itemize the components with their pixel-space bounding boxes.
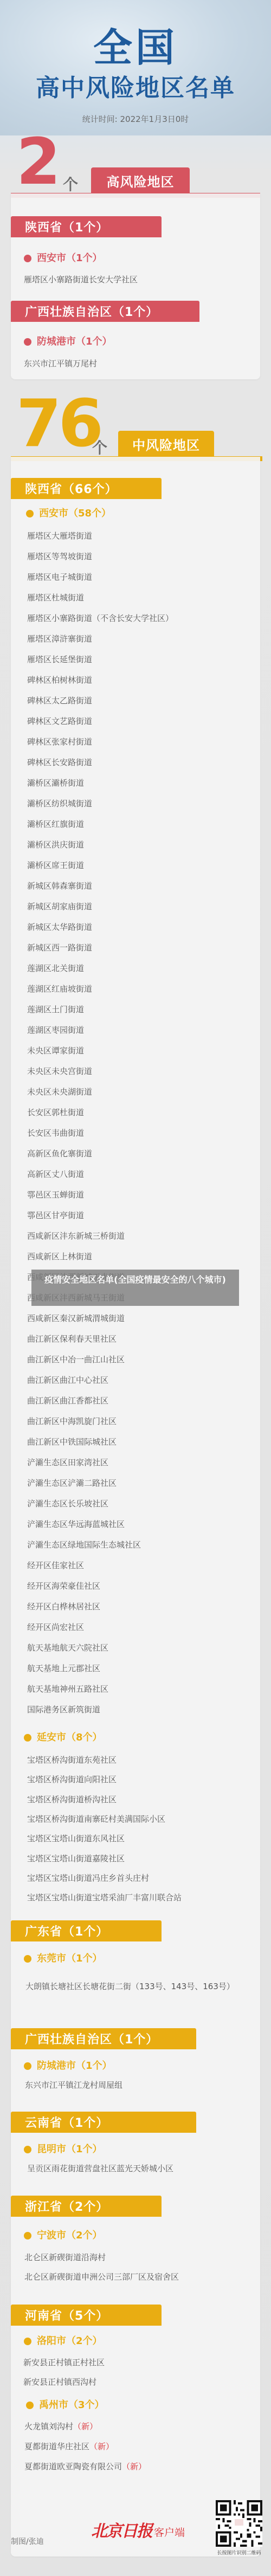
list-item: 浐灞生态区长乐坡社区 <box>27 1498 108 1510</box>
city-name: 西安市（1个） <box>37 252 102 265</box>
list-item: 航天基地上元郡社区 <box>27 1662 100 1674</box>
list-item: 雁塔区杜城街道 <box>27 592 84 604</box>
list-item: 碑林区文艺路街道 <box>27 715 92 727</box>
mid-risk-label: 中风险地区 <box>118 431 214 457</box>
qr-caption: 长按图片识别二维码 <box>211 2549 267 2556</box>
list-item: 长安区郭杜街道 <box>27 1106 84 1118</box>
city-name: 禹州市（3个） <box>39 2399 105 2412</box>
list-item: 灞桥区红旗街道 <box>27 818 84 830</box>
list-item: 新城区太华路街道 <box>27 921 92 933</box>
bullet-dot-icon <box>24 2062 31 2070</box>
city-header: 延安市（8个） <box>24 1731 102 1744</box>
list-item: 碑林区长安路街道 <box>27 756 92 768</box>
city-header: 西安市（58个） <box>26 507 111 520</box>
city-header: 东莞市（1个） <box>24 1952 102 1965</box>
list-item: 新城区胡家庙街道 <box>27 901 92 912</box>
list-item: 夏都街道欧亚陶瓷有限公司（新） <box>24 2461 146 2473</box>
bullet-dot-icon <box>24 1955 31 1963</box>
list-item: 新城区西一路街道 <box>27 942 92 954</box>
brand-logo: 北京日报 客户端 <box>91 2521 185 2542</box>
list-item: 宝塔区桥沟街道桥沟社区 <box>27 1794 117 1805</box>
city-name: 昆明市（1个） <box>37 2143 102 2156</box>
list-item: 莲湖区北关街道 <box>27 962 84 974</box>
list-item: 航天基地神州五路社区 <box>27 1683 108 1695</box>
list-item: 新城区韩森寨街道 <box>27 880 92 892</box>
list-item: 雁塔区长延堡街道 <box>27 653 92 665</box>
list-item: 浐灞生态区浐灞二路社区 <box>27 1477 117 1489</box>
list-item-text: 火龙镇刘沟村 <box>24 2422 73 2431</box>
new-tag: （新） <box>89 2442 114 2451</box>
new-tag: （新） <box>73 2422 98 2431</box>
banner: 全国 高中风险地区名单 统计时间: 2022年1月3日0时 <box>0 0 271 135</box>
mid-risk-unit: 个 <box>92 441 107 456</box>
list-item: 莲湖区红庙坡街道 <box>27 983 92 995</box>
list-item: 曲江新区中铁国际城社区 <box>27 1436 117 1448</box>
city-name: 东莞市（1个） <box>37 1952 102 1965</box>
bullet-dot-icon <box>24 2232 31 2240</box>
list-item: 北仑区新碶街道申洲公司三部厂区及宿舍区 <box>24 2271 179 2283</box>
province-header: 广西壮族自治区（1个） <box>11 2028 196 2049</box>
city-name: 西安市（58个） <box>39 507 111 520</box>
list-item: 曲江新区保利春天里社区 <box>27 1333 117 1345</box>
bullet-dot-icon <box>24 2146 31 2153</box>
list-item: 高新区丈八街道 <box>27 1168 84 1180</box>
list-item: 宝塔区宝塔山街道冯庄乡首头庄村 <box>27 1872 149 1884</box>
bullet-dot-icon <box>24 255 31 262</box>
list-item: 雁塔区电子城街道 <box>27 571 92 583</box>
list-item: 碑林区张家村街道 <box>27 736 92 748</box>
infographic-page: 全国 高中风险地区名单 统计时间: 2022年1月3日0时 2 个 高风险地区 … <box>0 0 271 2576</box>
list-item-text: 夏都街道华庄社区 <box>24 2442 89 2451</box>
list-item: 经开区尚宏社区 <box>27 1621 84 1633</box>
province-header: 河南省（5个） <box>11 2305 162 2326</box>
brand-sub: 客户端 <box>154 2525 185 2539</box>
list-item: 西咸新区沣东新城三桥街道 <box>27 1230 125 1242</box>
list-item: 西咸新区上林街道 <box>27 1251 92 1263</box>
list-item: 莲湖区土门街道 <box>27 1004 84 1015</box>
list-item: 曲江新区曲江中心社区 <box>27 1374 108 1386</box>
qr-code-icon[interactable] <box>216 2500 262 2547</box>
list-item: 夏都街道华庄社区（新） <box>24 2441 114 2452</box>
list-item: 莲湖区枣园街道 <box>27 1024 84 1036</box>
list-item: 未央区未央湖街道 <box>27 1086 92 1098</box>
list-item: 曲江新区中冶一曲江山社区 <box>27 1354 125 1365</box>
list-item: 宝塔区宝塔山街道嘉陵社区 <box>27 1853 125 1865</box>
province-header: 陕西省（66个） <box>11 478 162 499</box>
city-header: 宁波市（2个） <box>24 2229 102 2242</box>
list-item: 经开区海荣豪佳社区 <box>27 1580 100 1592</box>
list-item: 灞桥区席王街道 <box>27 859 84 871</box>
city-name: 洛阳市（2个） <box>37 2335 102 2348</box>
list-item: 宝塔区桥沟街道南寨砭村美满国际小区 <box>27 1813 165 1825</box>
list-item: 雁塔区漳浒寨街道 <box>27 633 92 645</box>
list-item: 灞桥区纺织城街道 <box>27 798 92 810</box>
list-item: 宝塔区桥沟街道向阳社区 <box>27 1774 117 1785</box>
bullet-dot-icon <box>26 510 34 517</box>
list-item: 浐灞生态区田家湾社区 <box>27 1457 108 1468</box>
list-item: 西咸新区秦汉新城渭城街道 <box>27 1312 125 1324</box>
list-item: 火龙镇刘沟村（新） <box>24 2420 98 2432</box>
list-item: 北仑区新碶街道沿海村 <box>24 2251 106 2263</box>
list-item: 东兴市江平镇万尾村 <box>24 358 97 370</box>
list-item: 雁塔区大雁塔街道 <box>27 530 92 542</box>
brand-name: 北京日报 <box>91 2521 152 2542</box>
city-header: 禹州市（3个） <box>26 2399 105 2412</box>
list-item: 雁塔区等驾坡街道 <box>27 551 92 562</box>
province-header: 陕西省（1个） <box>11 216 162 237</box>
list-item: 未央区未央宫街道 <box>27 1065 92 1077</box>
bullet-dot-icon <box>24 2338 31 2345</box>
list-item: 航天基地航天六院社区 <box>27 1642 108 1654</box>
list-item: 东兴市江平镇江龙村周屋组 <box>25 2079 122 2091</box>
new-tag: （新） <box>122 2462 146 2471</box>
list-item: 灞桥区洪庆街道 <box>27 839 84 851</box>
title-sub: 高中风险地区名单 <box>0 74 271 103</box>
list-item: 宝塔区桥沟街道东苑社区 <box>27 1754 117 1766</box>
city-name: 延安市（8个） <box>37 1731 102 1744</box>
high-risk-label: 高风险地区 <box>91 167 190 193</box>
list-item: 呈贡区雨花街道营盘社区蓝光天娇城小区 <box>27 2163 173 2174</box>
mid-risk-header: 76 个 中风险地区 <box>11 398 260 457</box>
list-item: 曲江新区曲江香都社区 <box>27 1395 108 1407</box>
city-name: 宁波市（2个） <box>37 2229 102 2242</box>
list-item: 未央区谭家街道 <box>27 1045 84 1057</box>
list-item: 经开区白桦林居社区 <box>27 1601 100 1613</box>
mid-risk-count: 76 <box>16 392 100 457</box>
bullet-dot-icon <box>24 338 31 346</box>
high-risk-header: 2 个 高风险地区 <box>11 135 260 193</box>
list-item-text: 夏都街道欧亚陶瓷有限公司 <box>24 2462 122 2471</box>
list-item: 经开区佳家社区 <box>27 1559 84 1571</box>
list-item: 曲江新区中海凯旋门社区 <box>27 1415 117 1427</box>
province-header: 云南省（1个） <box>11 2112 196 2133</box>
city-name: 防城港市（1个） <box>37 335 112 348</box>
list-item: 碑林区柏树林街道 <box>27 674 92 686</box>
list-item: 鄠邑区甘亭街道 <box>27 1209 84 1221</box>
list-item: 雁塔区小寨路街道（不含长安大学社区） <box>27 612 173 624</box>
list-item: 国际港务区新筑街道 <box>27 1704 100 1716</box>
list-item: 碑林区太乙路街道 <box>27 695 92 707</box>
list-item: 新安县正村镇正村社区 <box>23 2357 105 2368</box>
overlay-caption: 疫情安全地区名单(全国疫情最安全的八个城市) <box>31 1270 239 1306</box>
province-header: 广东省（1个） <box>11 1920 162 1941</box>
list-item: 大朗镇长塘社区长塘花街二街（133号、143号、163号） <box>25 1979 248 1994</box>
stat-date: 统计时间: 2022年1月3日0时 <box>0 114 271 125</box>
city-header: 防城港市（1个） <box>24 335 112 348</box>
list-item: 宝塔区宝塔山街道东风社区 <box>27 1833 125 1844</box>
city-header: 防城港市（1个） <box>24 2060 112 2073</box>
province-header: 浙江省（2个） <box>11 2196 162 2217</box>
high-risk-unit: 个 <box>63 177 78 192</box>
credit-text: 制图/张迪 <box>11 2536 44 2547</box>
list-item: 雁塔区小寨路街道长安大学社区 <box>24 274 138 286</box>
province-header: 广西壮族自治区（1个） <box>11 301 199 322</box>
high-risk-count: 2 <box>16 130 61 193</box>
list-item: 高新区鱼化寨街道 <box>27 1148 92 1160</box>
list-item: 浐灞生态区华远海蓝城社区 <box>27 1518 125 1530</box>
list-item: 鄠邑区玉蝉街道 <box>27 1189 84 1201</box>
city-header: 昆明市（1个） <box>24 2143 102 2156</box>
bullet-dot-icon <box>24 1734 31 1742</box>
city-header: 西安市（1个） <box>24 252 102 265</box>
title-main: 全国 <box>0 26 271 69</box>
list-item: 长安区韦曲街道 <box>27 1127 84 1139</box>
city-name: 防城港市（1个） <box>37 2060 112 2073</box>
list-item: 新安县正村镇西沟村 <box>23 2376 96 2388</box>
list-item: 灞桥区灞桥街道 <box>27 777 84 789</box>
list-item: 浐灞生态区绿地国际生态城社区 <box>27 1539 141 1551</box>
bullet-dot-icon <box>26 2402 34 2409</box>
city-header: 洛阳市（2个） <box>24 2335 102 2348</box>
list-item: 宝塔区宝塔山街道宝塔采油厂丰富川联合站 <box>27 1892 182 1904</box>
